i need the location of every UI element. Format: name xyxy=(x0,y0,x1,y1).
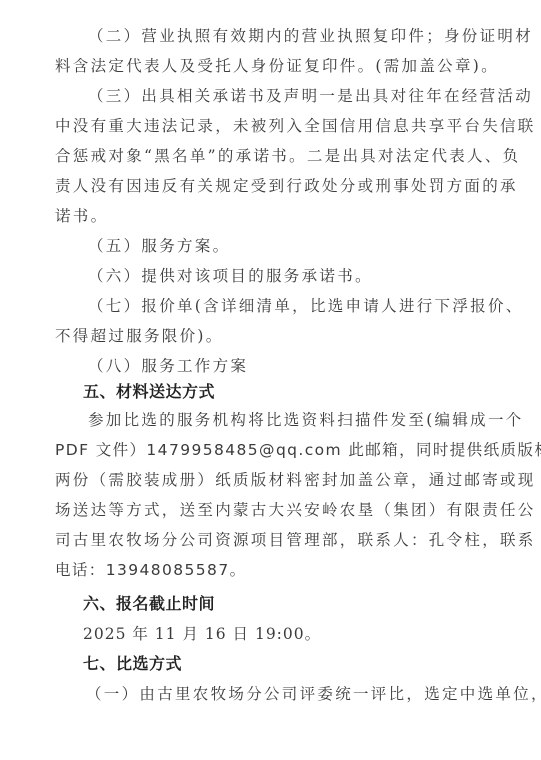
item-7-line-2: 不得超过服务限价)。 xyxy=(55,326,460,346)
item-3-line-3: 合惩戒对象“黑名单”的承诺书。二是出具对法定代表人、负 xyxy=(55,146,460,166)
section-5-line-2: PDF 文件）1479958485@qq.com 此邮箱，同时提供纸质版材料 xyxy=(55,440,460,460)
section-5-heading: 五、材料送达方式 xyxy=(83,382,215,402)
section-7-line-1: （一）由古里农牧场分公司评委统一评比，选定中选单位， xyxy=(86,684,491,704)
item-7-line-1: （七）报价单(含详细清单，比选申请人进行下浮报价、 xyxy=(88,296,493,316)
item-6-line: （六）提供对该项目的服务承诺书。 xyxy=(88,266,493,286)
section-5-line-5: 司古里农牧场分公司资源项目管理部，联系人：孔令柱，联系 xyxy=(55,530,460,550)
item-3-line-1: （三）出具相关承诺书及声明一是出具对往年在经营活动 xyxy=(88,86,493,106)
item-2-line-1: （二）营业执照有效期内的营业执照复印件；身份证明材 xyxy=(88,26,493,46)
item-3-line-2: 中没有重大违法记录，未被列入全国信用信息共享平台失信联 xyxy=(55,116,460,136)
section-6-heading: 六、报名截止时间 xyxy=(83,594,215,614)
item-8-line: （八）服务工作方案 xyxy=(88,356,493,376)
item-2-line-2: 料含法定代表人及受托人身份证复印件。(需加盖公章)。 xyxy=(55,56,460,76)
section-5-line-3: 两份（需胶装成册）纸质版材料密封加盖公章，通过邮寄或现 xyxy=(55,470,460,490)
section-5-line-6: 电话：13948085587。 xyxy=(55,560,460,580)
section-5-line-1: 参加比选的服务机构将比选资料扫描件发至(编辑成一个 xyxy=(88,410,493,430)
document-page: （二）营业执照有效期内的营业执照复印件；身份证明材 料含法定代表人及受托人身份证… xyxy=(0,0,541,760)
section-7-heading: 七、比选方式 xyxy=(83,654,182,674)
item-3-line-5: 诺书。 xyxy=(55,206,460,226)
section-5-line-4: 场送达等方式，送至内蒙古大兴安岭农垦（集团）有限责任公 xyxy=(55,500,460,520)
item-3-line-4: 责人没有因违反有关规定受到行政处分或刑事处罚方面的承 xyxy=(55,176,460,196)
item-5-line: （五）服务方案。 xyxy=(88,236,493,256)
deadline-text: 2025 年 11 月 16 日 19:00。 xyxy=(83,624,488,644)
